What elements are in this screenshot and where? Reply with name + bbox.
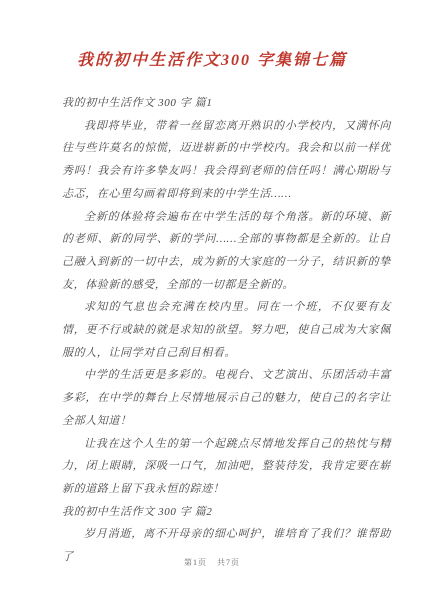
section-1-heading: 我的初中生活作文 300 字 篇1 [62,92,391,115]
paragraph: 我即将毕业，带着一丝留恋离开熟识的小学校内，又满怀向往与些许莫名的惊慌，迈进崭新… [62,115,391,206]
paragraph: 中学的生活更是多彩的。电视台、文艺演出、乐团活动丰富多彩，在中学的舞台上尽情地展… [62,364,391,432]
page-number-current: 第1页 [184,558,207,567]
page-number-total: 共7页 [217,558,240,567]
page-footer: 第1页共7页 [0,557,424,568]
section-2-heading: 我的初中生活作文 300 字 篇2 [62,501,391,524]
paragraph: 让我在这个人生的第一个起跳点尽情地发挥自己的热忱与精力，闭上眼睛，深吸一口气，加… [62,433,391,501]
document-title: 我的初中生活作文300 字集锦七篇 [0,0,424,74]
paragraph: 求知的气息也会充满在校内里。同在一个班，不仅要有友情，更不行或缺的就是求知的欲望… [62,296,391,364]
document-body: 我的初中生活作文 300 字 篇1 我即将毕业，带着一丝留恋离开熟识的小学校内，… [62,92,391,569]
document-page: 我的初中生活作文300 字集锦七篇 我的初中生活作文 300 字 篇1 我即将毕… [0,0,424,600]
paragraph: 全新的体验将会遍布在中学生活的每个角落。新的环境、新的老师、新的同学、新的学问…… [62,206,391,297]
